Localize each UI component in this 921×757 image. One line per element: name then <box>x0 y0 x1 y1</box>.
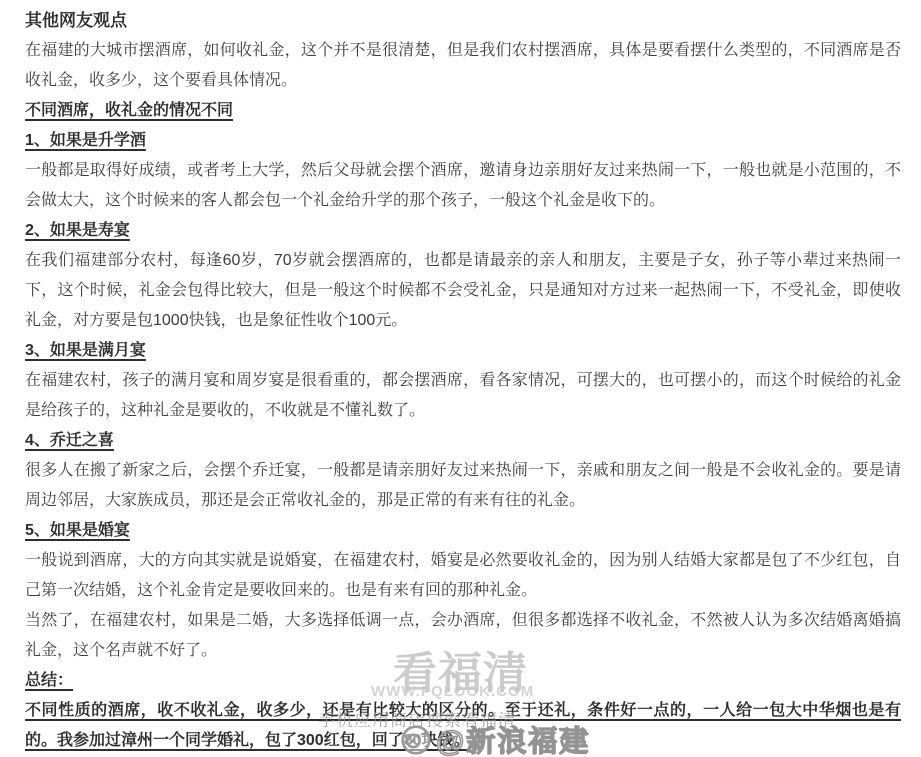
section-3: 3、如果是满月宴 在福建农村，孩子的满月宴和周岁宴是很看重的，都会摆酒席，看各家… <box>25 336 901 426</box>
article-title: 其他网友观点 <box>25 6 901 36</box>
section-5-heading: 5、如果是婚宴 <box>25 516 901 546</box>
summary-heading: 总结： <box>25 666 901 696</box>
section-3-heading: 3、如果是满月宴 <box>25 336 901 366</box>
summary-paragraph: 不同性质的酒席，收不收礼金，收多少，还是有比较大的区分的。至于还礼，条件好一点的… <box>25 696 901 756</box>
section-5: 5、如果是婚宴 一般说到酒席，大的方向其实就是说婚宴，在福建农村，婚宴是必然要收… <box>25 516 901 666</box>
intro-paragraph: 在福建的大城市摆酒席，如何收礼金，这个并不是很清楚，但是我们农村摆酒席，具体是要… <box>25 36 901 96</box>
section-4-paragraph: 很多人在搬了新家之后，会摆个乔迁宴，一般都是请亲朋好友过来热闹一下，亲戚和朋友之… <box>25 456 901 516</box>
section-1-heading: 1、如果是升学酒 <box>25 126 901 156</box>
section-5-paragraph-1: 一般说到酒席，大的方向其实就是说婚宴，在福建农村，婚宴是必然要收礼金的，因为别人… <box>25 546 901 606</box>
section-1: 1、如果是升学酒 一般都是取得好成绩，或者考上大学，然后父母就会摆个酒席，邀请身… <box>25 126 901 216</box>
section-1-paragraph: 一般都是取得好成绩，或者考上大学，然后父母就会摆个酒席，邀请身边亲朋好友过来热闹… <box>25 156 901 216</box>
section-4-heading: 4、乔迁之喜 <box>25 426 901 456</box>
section-3-paragraph: 在福建农村，孩子的满月宴和周岁宴是很看重的，都会摆酒席，看各家情况，可摆大的，也… <box>25 366 901 426</box>
section-2-paragraph: 在我们福建部分农村，每逢60岁，70岁就会摆酒席的，也都是请最亲的亲人和朋友，主… <box>25 246 901 336</box>
section-2-heading: 2、如果是寿宴 <box>25 216 901 246</box>
article: 其他网友观点 在福建的大城市摆酒席，如何收礼金，这个并不是很清楚，但是我们农村摆… <box>25 6 901 756</box>
section-4: 4、乔迁之喜 很多人在搬了新家之后，会摆个乔迁宴，一般都是请亲朋好友过来热闹一下… <box>25 426 901 516</box>
article-subtitle: 不同酒席，收礼金的情况不同 <box>25 96 901 126</box>
section-5-paragraph-2: 当然了，在福建农村，如果是二婚，大多选择低调一点，会办酒席，但很多都选择不收礼金… <box>25 606 901 666</box>
section-2: 2、如果是寿宴 在我们福建部分农村，每逢60岁，70岁就会摆酒席的，也都是请最亲… <box>25 216 901 336</box>
